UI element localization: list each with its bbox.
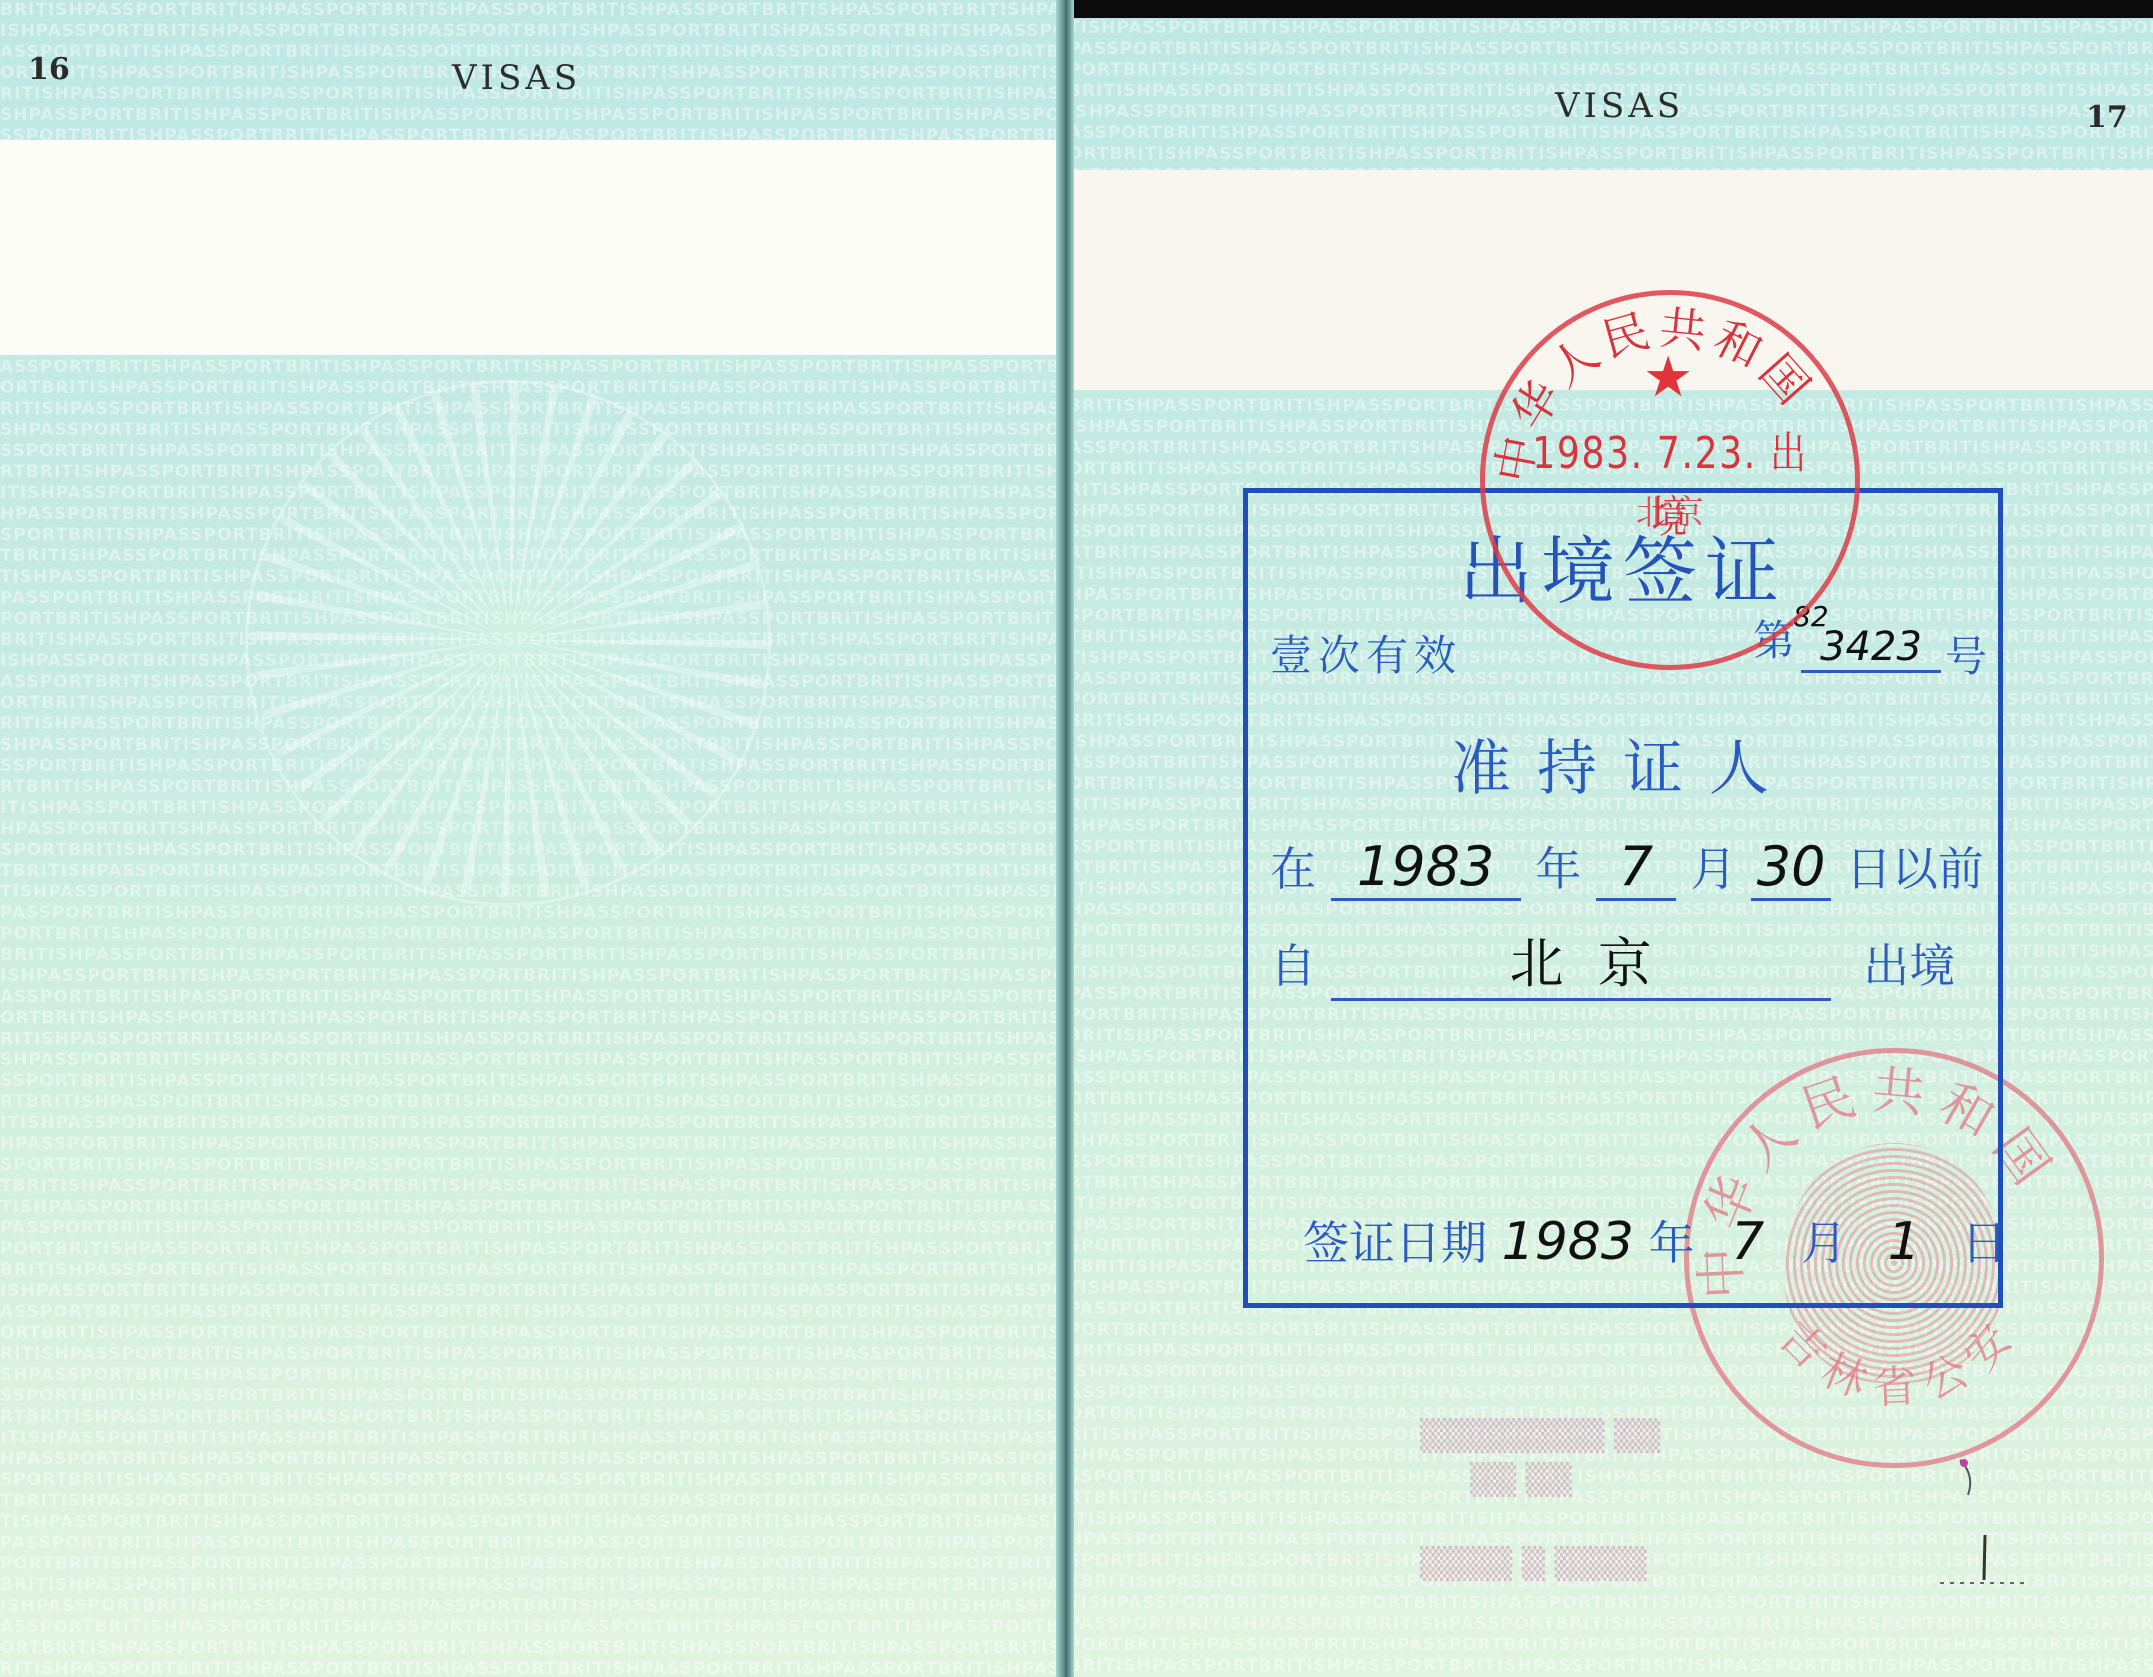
deadline-row: 在 1983 年 7 月 30 日以前 xyxy=(1270,833,1984,901)
faded-stamp-line: ▒▒▒▒ ▒ ▒▒▒▒ xyxy=(1420,1543,1750,1587)
deadline-month-handwritten: 7 xyxy=(1596,835,1676,901)
page-number-left: 16 xyxy=(28,52,70,87)
issue-year-handwritten: 1983 xyxy=(1502,1212,1634,1272)
faded-stamp-line: ▒▒ ▒▒ xyxy=(1470,1459,1750,1503)
issue-date-row: 签证日期 1983 年 7 月 1 日 xyxy=(1303,1207,2007,1273)
issue-month-handwritten: 7 xyxy=(1731,1212,1764,1272)
issue-label: 签证日期 xyxy=(1303,1216,1487,1270)
year-label: 年 xyxy=(1535,842,1581,896)
section-title-left: VISAS xyxy=(452,58,581,98)
passport-spread: BRITISHPASSPORTBRITISHPASSPORTBRITISHPAS… xyxy=(0,0,2153,1677)
exit-date-seal: 中华人民共和国 ★ 1983. 7.23. 出境 北京 xyxy=(1480,290,1860,670)
left-page: BRITISHPASSPORTBRITISHPASSPORTBRITISHPAS… xyxy=(0,0,1062,1677)
book-gutter xyxy=(1056,0,1074,1677)
section-title-right: VISAS xyxy=(1555,86,1684,126)
from-city-handwritten: 北 京 xyxy=(1331,921,1831,1001)
from-label: 自 xyxy=(1270,939,1316,993)
star-icon: ★ xyxy=(1643,345,1693,410)
page-number-right: 17 xyxy=(2086,100,2128,135)
faded-stamp: ▒▒▒▒▒▒▒▒ ▒▒ ▒▒ ▒▒ ▒▒▒▒ ▒ ▒▒▒▒ xyxy=(1420,1415,1750,1605)
month-label: 月 xyxy=(1801,1216,1847,1270)
month-label: 月 xyxy=(1691,842,1737,896)
exit-port-row: 自 北 京 出境 xyxy=(1270,921,1955,1001)
deadline-day-handwritten: 30 xyxy=(1751,835,1831,901)
faded-stamp-line: ▒▒▒▒▒▒▒▒ ▒▒ xyxy=(1420,1415,1750,1459)
deadline-prefix: 在 xyxy=(1270,842,1316,896)
visa-validity: 壹次有效 xyxy=(1270,623,1462,683)
day-label: 日 xyxy=(1961,1216,2007,1270)
ink-mark-icon xyxy=(1940,1455,2030,1595)
deadline-year-handwritten: 1983 xyxy=(1331,835,1521,901)
seal-port: 北京 xyxy=(1565,485,1775,534)
blank-band xyxy=(0,140,1062,355)
year-label: 年 xyxy=(1649,1216,1695,1270)
exit-label: 出境 xyxy=(1863,939,1955,993)
visa-holder-line: 准持证人 xyxy=(1248,721,1998,807)
guilloche-ring xyxy=(245,380,771,906)
deadline-suffix: 日以前 xyxy=(1846,842,1984,896)
scan-edge xyxy=(1068,0,2153,18)
issue-day-handwritten: 1 xyxy=(1888,1212,1921,1272)
number-suffix: 号 xyxy=(1945,624,1987,684)
